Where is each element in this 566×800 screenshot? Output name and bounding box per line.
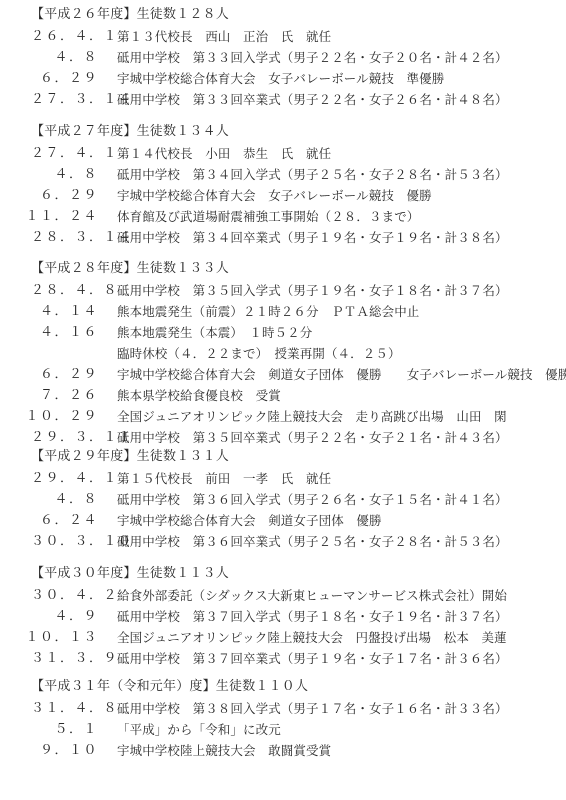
timeline-entry: １０．２９ 全国ジュニアオリンピック陸上競技大会 走り高跳び出場 山田 閑 <box>0 409 566 427</box>
entry-text: 宇城中学校総合体育大会 剣道女子団体 優勝 <box>117 513 382 529</box>
entry-date: １０．１３ <box>20 630 98 646</box>
entry-text: 熊本地震発生（前震）２１時２６分 ＰＴＡ総会中止 <box>117 304 419 320</box>
entry-date: ４．８ <box>20 167 98 183</box>
timeline-entry: ６．２９ 宇城中学校総合体育大会 女子バレーボール競技 優勝 <box>0 188 566 206</box>
entry-text: 砥用中学校 第３４回入学式（男子２５名・女子２８名・計５３名） <box>117 167 508 183</box>
entry-text: 宇城中学校総合体育大会 剣道女子団体 優勝 女子バレーボール競技 優勝 <box>117 367 566 383</box>
entry-date: ３１．４．８ <box>31 701 111 717</box>
entry-date: ６．２９ <box>20 367 98 383</box>
timeline-entry: ４．９ 砥用中学校 第３７回入学式（男子１８名・女子１９名・計３７名） <box>0 609 566 627</box>
section-heading: 【平成３１年（令和元年）度】生徒数１１０人 <box>31 679 308 695</box>
entry-text: 砥用中学校 第３５回入学式（男子１９名・女子１８名・計３７名） <box>117 283 508 299</box>
entry-date: ３１．３．９ <box>31 651 111 667</box>
entry-date: ９．１０ <box>20 743 98 759</box>
timeline-entry: １０．１３ 全国ジュニアオリンピック陸上競技大会 円盤投げ出場 松本 美蓮 <box>0 630 566 648</box>
entry-text: 熊本地震発生（本震） １時５２分 <box>117 325 312 341</box>
entry-text: 砥用中学校 第３６回入学式（男子２６名・女子１５名・計４１名） <box>117 492 508 508</box>
entry-date: ２９．４．１ <box>31 471 111 487</box>
entry-date: １０．２９ <box>20 409 98 425</box>
timeline-entry: ４．１６ 熊本地震発生（本震） １時５２分 <box>0 325 566 343</box>
timeline-entry: ２８．３．１４ 砥用中学校 第３４回卒業式（男子１９名・女子１９名・計３８名） <box>0 230 566 248</box>
entry-text: 砥用中学校 第３４回卒業式（男子１９名・女子１９名・計３８名） <box>117 230 508 246</box>
entry-date: １１．２４ <box>20 209 98 225</box>
timeline-entry: ３０．３．１０ 砥用中学校 第３６回卒業式（男子２５名・女子２８名・計５３名） <box>0 534 566 552</box>
timeline-entry: ６．２９ 宇城中学校総合体育大会 剣道女子団体 優勝 女子バレーボール競技 優勝 <box>0 367 566 385</box>
entry-date: ６．２９ <box>20 188 98 204</box>
entry-date: ３０．３．１０ <box>31 534 111 550</box>
timeline-entry: ２９．４．１ 第１５代校長 前田 一孝 氏 就任 <box>0 471 566 489</box>
entry-date: ４．８ <box>20 50 98 66</box>
timeline-entry: 臨時休校（４．２２まで） 授業再開（４．２５） <box>0 346 566 364</box>
entry-date: ７．２６ <box>20 388 98 404</box>
entry-date: ６．２４ <box>20 513 98 529</box>
entry-text: 宇城中学校総合体育大会 女子バレーボール競技 準優勝 <box>117 71 444 87</box>
entry-date: ４．９ <box>20 609 98 625</box>
entry-date: ４．１４ <box>20 304 98 320</box>
timeline-entry: ４．８ 砥用中学校 第３６回入学式（男子２６名・女子１５名・計４１名） <box>0 492 566 510</box>
entry-text: 砥用中学校 第３３回入学式（男子２２名・女子２０名・計４２名） <box>117 50 508 66</box>
timeline-entry: ２６．４．１ 第１３代校長 西山 正治 氏 就任 <box>0 29 566 47</box>
timeline-entry: ３１．３．９ 砥用中学校 第３７回卒業式（男子１９名・女子１７名・計３６名） <box>0 651 566 669</box>
section-heading: 【平成２９年度】生徒数１３１人 <box>31 449 229 465</box>
timeline-entry: ２７．３．１４ 砥用中学校 第３３回卒業式（男子２２名・女子２６名・計４８名） <box>0 92 566 110</box>
section-heading: 【平成２８年度】生徒数１３３人 <box>31 261 229 277</box>
section-heading: 【平成２７年度】生徒数１３４人 <box>31 124 229 140</box>
entry-date: ２９．３．１１ <box>31 430 111 446</box>
entry-date: ４．８ <box>20 492 98 508</box>
entry-date: ２７．４．１ <box>31 146 111 162</box>
section-heading: 【平成３０年度】生徒数１１３人 <box>31 566 229 582</box>
entry-date: ２６．４．１ <box>31 29 111 45</box>
timeline-entry: ２７．４．１ 第１４代校長 小田 恭生 氏 就任 <box>0 146 566 164</box>
entry-text: 砥用中学校 第３６回卒業式（男子２５名・女子２８名・計５３名） <box>117 534 508 550</box>
entry-date: ２８．４．８ <box>31 283 111 299</box>
timeline-entry: ４．８ 砥用中学校 第３４回入学式（男子２５名・女子２８名・計５３名） <box>0 167 566 185</box>
entry-text: 第１５代校長 前田 一孝 氏 就任 <box>117 471 331 487</box>
timeline-entry: ７．２６ 熊本県学校給食優良校 受賞 <box>0 388 566 406</box>
entry-date: ４．１６ <box>20 325 98 341</box>
timeline-entry: １１．２４ 体育館及び武道場耐震補強工事開始（２８．３まで） <box>0 209 566 227</box>
entry-text: 全国ジュニアオリンピック陸上競技大会 円盤投げ出場 松本 美蓮 <box>117 630 507 646</box>
entry-date: ３０．４．２ <box>31 588 111 604</box>
timeline-entry: ４．８ 砥用中学校 第３３回入学式（男子２２名・女子２０名・計４２名） <box>0 50 566 68</box>
entry-date: ６．２９ <box>20 71 98 87</box>
timeline-entry: ９．１０ 宇城中学校陸上競技大会 敢闘賞受賞 <box>0 743 566 761</box>
entry-text: 体育館及び武道場耐震補強工事開始（２８．３まで） <box>117 209 419 225</box>
entry-text: 熊本県学校給食優良校 受賞 <box>117 388 281 404</box>
entry-text: 第１３代校長 西山 正治 氏 就任 <box>117 29 331 45</box>
timeline-entry: ３０．４．２ 給食外部委託（シダックス大新東ヒューマンサービス株式会社）開始 <box>0 588 566 606</box>
entry-text: 給食外部委託（シダックス大新東ヒューマンサービス株式会社）開始 <box>117 588 507 604</box>
entry-text: 砥用中学校 第３８回入学式（男子１７名・女子１６名・計３３名） <box>117 701 508 717</box>
timeline-entry: ６．２９ 宇城中学校総合体育大会 女子バレーボール競技 準優勝 <box>0 71 566 89</box>
entry-text: 全国ジュニアオリンピック陸上競技大会 走り高跳び出場 山田 閑 <box>117 409 507 425</box>
timeline-entry: ２８．４．８ 砥用中学校 第３５回入学式（男子１９名・女子１８名・計３７名） <box>0 283 566 301</box>
entry-text: 砥用中学校 第３５回卒業式（男子２２名・女子２１名・計４３名） <box>117 430 508 446</box>
timeline-entry: ４．１４ 熊本地震発生（前震）２１時２６分 ＰＴＡ総会中止 <box>0 304 566 322</box>
entry-date: ２８．３．１４ <box>31 230 111 246</box>
entry-date: ５．１ <box>20 722 98 738</box>
timeline-entry: ２９．３．１１ 砥用中学校 第３５回卒業式（男子２２名・女子２１名・計４３名） <box>0 430 566 448</box>
entry-text: 宇城中学校総合体育大会 女子バレーボール競技 優勝 <box>117 188 432 204</box>
entry-text: 砥用中学校 第３３回卒業式（男子２２名・女子２６名・計４８名） <box>117 92 508 108</box>
entry-text: 宇城中学校陸上競技大会 敢闘賞受賞 <box>117 743 331 759</box>
entry-text: 砥用中学校 第３７回卒業式（男子１９名・女子１７名・計３６名） <box>117 651 508 667</box>
section-heading: 【平成２６年度】生徒数１２８人 <box>31 7 229 23</box>
document-page: 【平成２６年度】生徒数１２８人 ２６．４．１ 第１３代校長 西山 正治 氏 就任… <box>0 0 566 800</box>
entry-date: ２７．３．１４ <box>31 92 111 108</box>
timeline-entry: ３１．４．８ 砥用中学校 第３８回入学式（男子１７名・女子１６名・計３３名） <box>0 701 566 719</box>
entry-text: 「平成」から「令和」に改元 <box>117 722 281 738</box>
entry-text: 臨時休校（４．２２まで） 授業再開（４．２５） <box>117 346 401 362</box>
entry-text: 第１４代校長 小田 恭生 氏 就任 <box>117 146 331 162</box>
timeline-entry: ５．１ 「平成」から「令和」に改元 <box>0 722 566 740</box>
timeline-entry: ６．２４ 宇城中学校総合体育大会 剣道女子団体 優勝 <box>0 513 566 531</box>
entry-text: 砥用中学校 第３７回入学式（男子１８名・女子１９名・計３７名） <box>117 609 508 625</box>
